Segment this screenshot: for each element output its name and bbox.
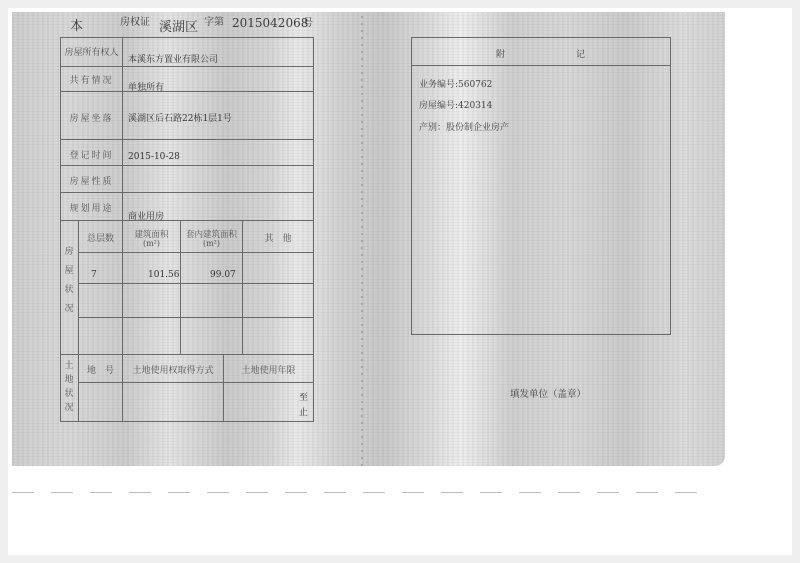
land-term-from: 至	[299, 390, 308, 403]
col-floor-area-unit: (m²)	[123, 239, 180, 248]
owner-label: 房屋所有权人	[61, 45, 122, 58]
house-number: 房屋编号:420314	[419, 98, 492, 111]
location-value: 溪湖区后石路22栋1层1号	[128, 111, 232, 124]
property-nature-label: 房屋性质	[61, 174, 122, 187]
header-district: 溪湖区	[159, 16, 198, 35]
col-land-acquisition: 土地使用权取得方式	[123, 363, 223, 376]
certificate-number: 2015042068	[232, 16, 308, 30]
header-suffix: 号	[303, 14, 313, 29]
land-term-to: 止	[299, 405, 308, 418]
registration-date-label: 登记时间	[61, 148, 122, 161]
location-label: 房屋坐落	[61, 111, 122, 124]
co-ownership-label: 共有情况	[61, 73, 122, 86]
col-inner-area-unit: (m²)	[181, 239, 242, 248]
col-other: 其 他	[243, 231, 313, 244]
owner-value: 本溪东方置业有限公司	[128, 52, 218, 65]
property-category: 产别：股份制企业房产	[419, 120, 509, 133]
registration-date-value: 2015-10-28	[128, 152, 180, 162]
planned-use-label: 规划用途	[61, 201, 122, 214]
col-land-term: 土地使用年限	[224, 363, 313, 376]
annex-title-right: 记	[576, 47, 585, 60]
co-ownership-value: 单独所有	[128, 80, 164, 93]
cut-line	[12, 492, 702, 493]
annex-title-left: 附	[496, 47, 505, 60]
business-number: 业务编号:560762	[419, 77, 492, 90]
house-status-label: 房屋状况	[60, 243, 78, 319]
header-prefix: 本	[70, 15, 83, 34]
issuer-seal: 填发单位（盖章）	[510, 386, 586, 400]
total-floors-value: 7	[91, 270, 97, 280]
header-word-no: 字第	[204, 13, 224, 28]
col-total-floors: 总层数	[79, 231, 122, 244]
col-land-number: 地 号	[79, 363, 122, 376]
fold-line	[361, 12, 363, 466]
land-status-label: 土地状况	[60, 359, 78, 415]
header-cert-type: 房权证	[120, 13, 150, 28]
floor-area-value: 101.56	[148, 270, 180, 280]
planned-use-value: 商业用房	[128, 209, 164, 222]
inner-area-value: 99.07	[210, 270, 236, 280]
